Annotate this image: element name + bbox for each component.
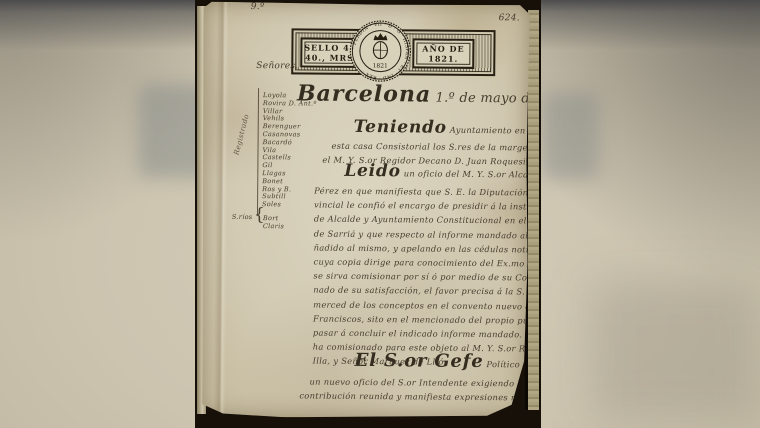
attendee-name: Soles (262, 201, 316, 209)
quire-mark: 9.º (251, 2, 265, 12)
paragraph-teniendo-first-line: Ayuntamiento en (450, 125, 526, 136)
backdrop-blur-blob-bottom (590, 280, 760, 420)
secretary-name: Bort (263, 214, 284, 222)
stamp-year-line1: AÑO DE (422, 43, 464, 53)
secretaries-label: S.ríos (232, 213, 253, 221)
margin-header-senores: Señores. (256, 61, 298, 71)
paragraph-gefe-initial-words: El S.or Gefe (355, 350, 484, 372)
paragraph-teniendo-initial-word: Teniendo (354, 117, 447, 138)
margin-side-note: Registrado (232, 113, 250, 155)
screenshot-canvas: 9.º 624. SELLO 4.º 40., MRS. AÑO DE 1821… (0, 0, 760, 428)
page-crease (213, 2, 229, 417)
margin-rule (257, 88, 259, 216)
stamp-year-line2: 1821. (428, 54, 458, 64)
stamp-year-box: AÑO DE 1821. (412, 38, 474, 69)
royal-seal-icon: · FERDIN · VII · D · G · HISPAN · ET · I… (348, 19, 413, 84)
seal-year: 1821 (373, 63, 388, 70)
secretary-name: Claris (263, 222, 284, 230)
folio-number: 624. (499, 13, 520, 23)
backdrop-blur-blob-right (541, 92, 599, 180)
attendee-name-list: Loyola Rovira D. Ant.º Villar Vehils Ber… (262, 92, 317, 209)
manuscript-photo: 9.º 624. SELLO 4.º 40., MRS. AÑO DE 1821… (195, 0, 541, 428)
revenue-stamp: SELLO 4.º 40., MRS. AÑO DE 1821. · FERDI… (291, 28, 495, 76)
paragraph-leido-initial-word: Leido (344, 161, 401, 181)
manuscript-page: 9.º 624. SELLO 4.º 40., MRS. AÑO DE 1821… (200, 2, 530, 420)
dateline-city: Barcelona (297, 80, 431, 107)
secretaries-group: S.ríos { Bort Claris (232, 213, 253, 221)
